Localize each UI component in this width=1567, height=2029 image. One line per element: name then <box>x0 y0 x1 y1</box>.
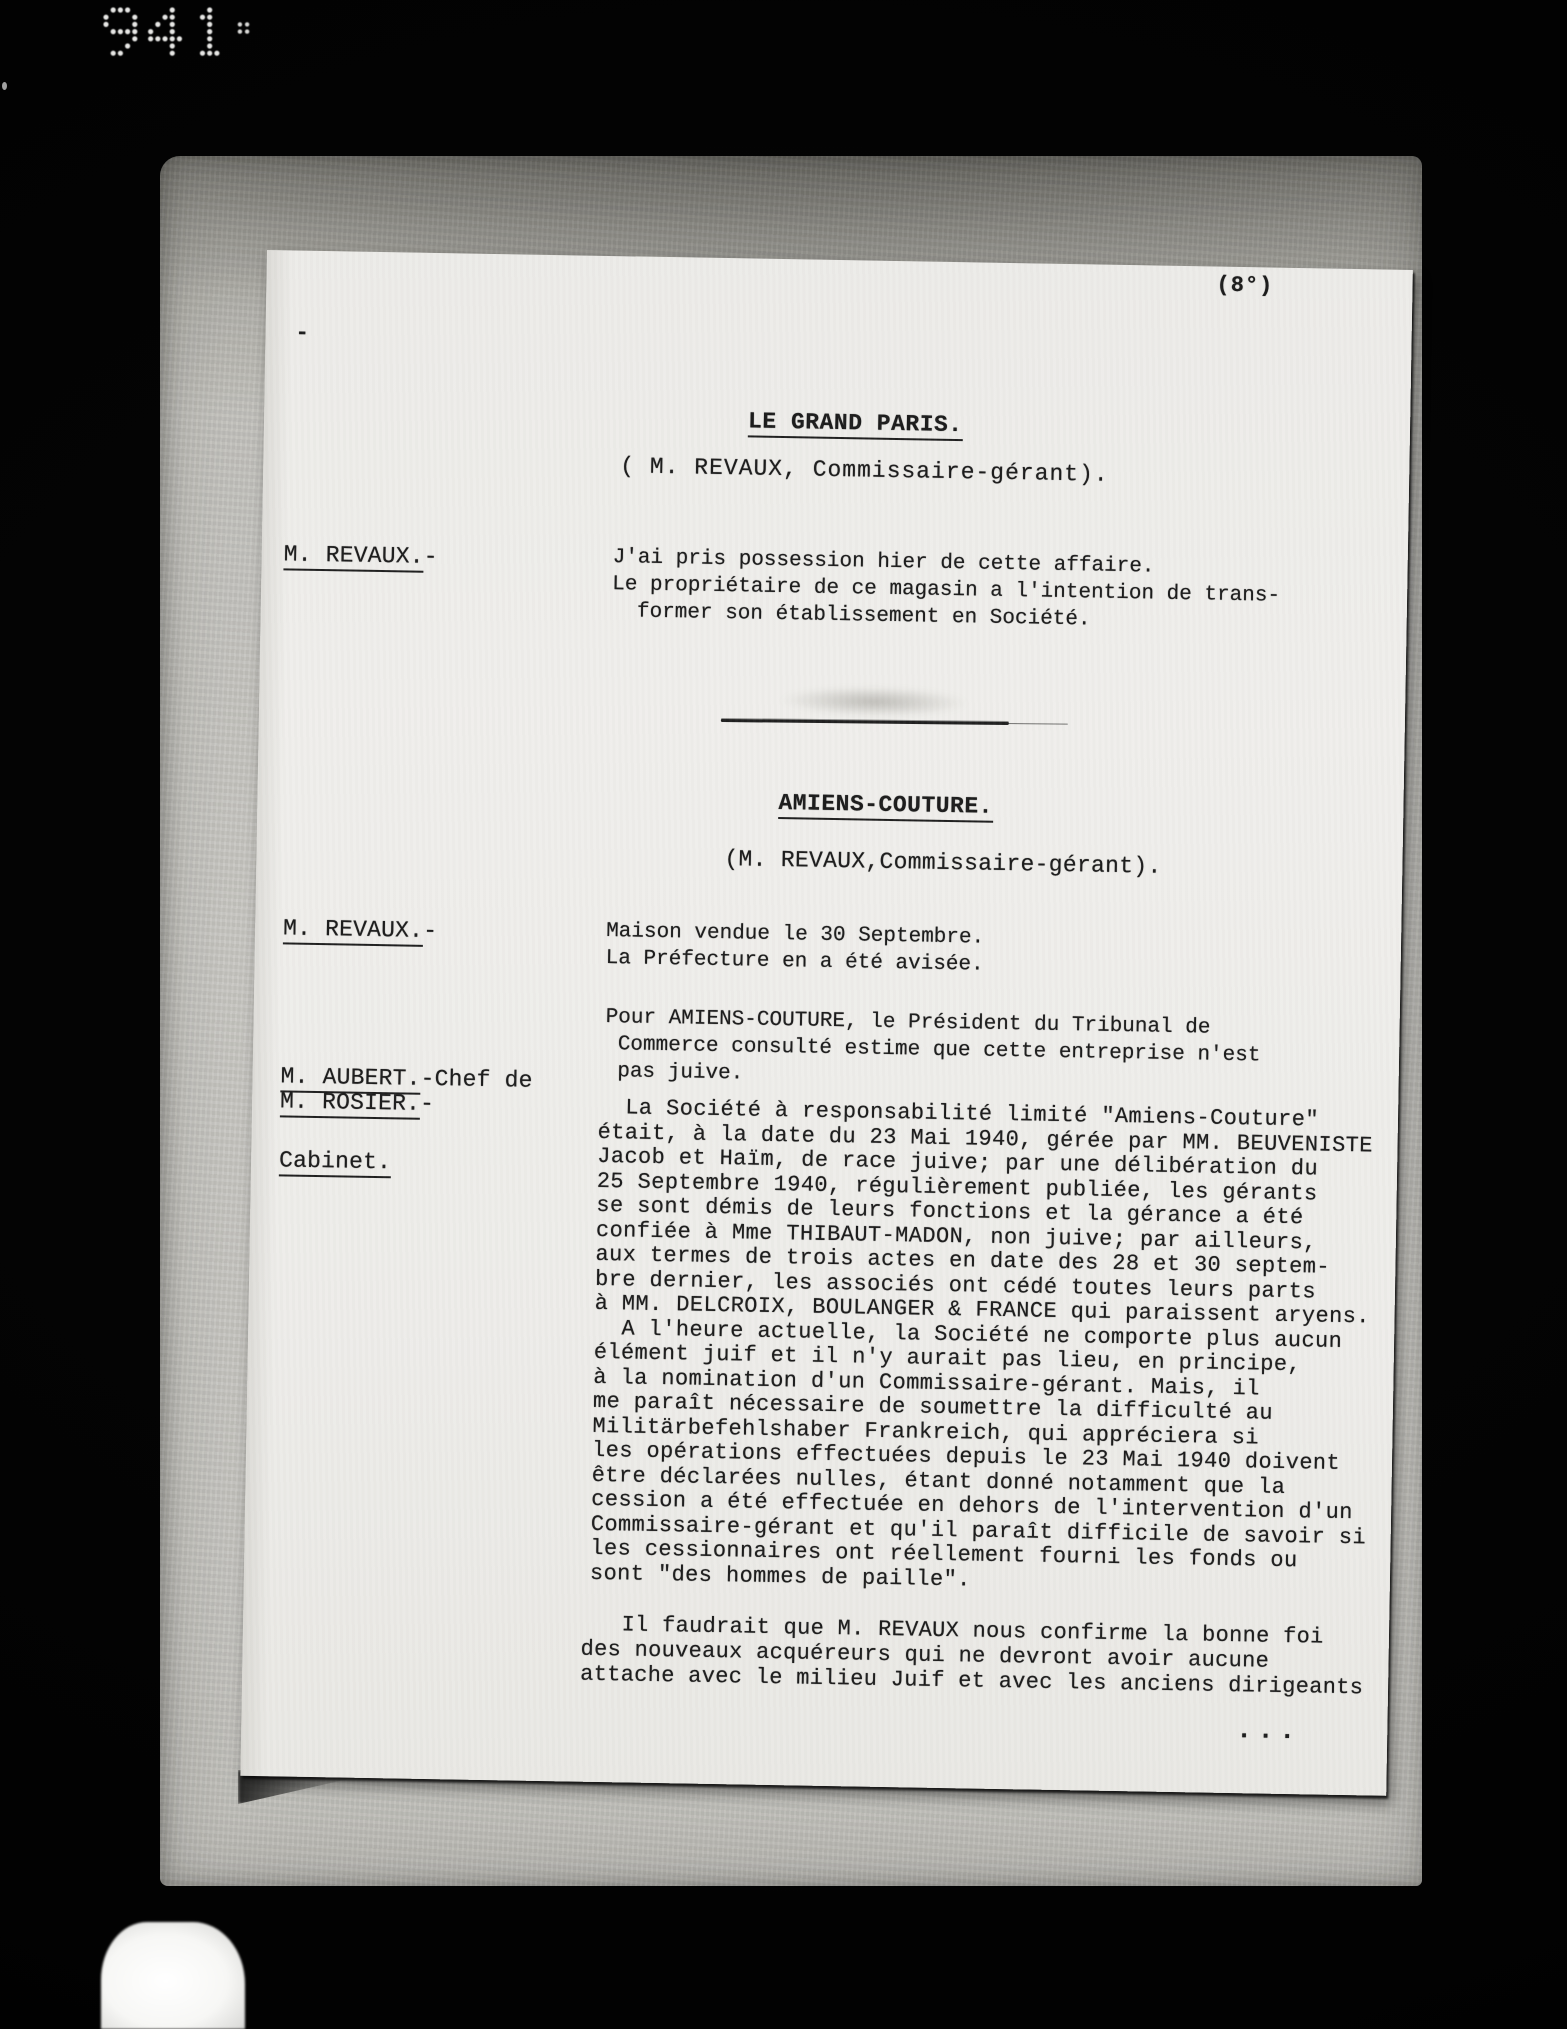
paragraph: Il faudrait que M. REVAUX nous confirme … <box>580 1612 1364 1701</box>
ink-smudge <box>779 685 969 718</box>
section-divider-line <box>721 719 1009 725</box>
speaker-name: M. ROSIER. <box>280 1088 421 1119</box>
document-page: (8°) - LE GRAND PARIS. ( M. REVAUX, Comm… <box>240 250 1412 1796</box>
speaker-name: M. REVAUX. <box>283 915 424 946</box>
folio-number: (8°) <box>1216 273 1273 299</box>
stray-pen-mark: - <box>295 321 309 346</box>
foreground-object <box>101 1922 245 2029</box>
section-title-text: AMIENS-COUTURE. <box>778 790 993 823</box>
text-line: La Préfecture en a été avisée. <box>605 945 983 979</box>
section-title-text: LE GRAND PARIS. <box>748 408 963 441</box>
section-title: LE GRAND PARIS. <box>748 408 963 438</box>
speaker-suffix: - <box>423 918 437 944</box>
dot-matrix-number <box>98 4 288 68</box>
speaker-label: M. REVAUX.- <box>283 915 437 944</box>
paragraph: J'ai pris possession hier de cette affai… <box>612 544 1281 637</box>
speaker-suffix: - <box>420 1091 434 1117</box>
speaker-label: M. REVAUX.- <box>283 541 437 570</box>
speaker-line-2: Cabinet. <box>279 1146 532 1178</box>
scanned-document-scene: (8°) - LE GRAND PARIS. ( M. REVAUX, Comm… <box>0 0 1567 2029</box>
speaker-label: M. AUBERT.-Chef de Cabinet. <box>278 1006 534 1234</box>
continuation-ellipsis: ... <box>1236 1715 1301 1746</box>
section-subtitle: ( M. REVAUX, Commissaire-gérant). <box>620 453 1109 488</box>
section-title: AMIENS-COUTURE. <box>778 790 993 820</box>
film-speck <box>2 82 7 90</box>
section-subtitle: (M. REVAUX,Commissaire-gérant). <box>724 846 1162 880</box>
paragraph: Maison vendue le 30 Septembre.La Préfect… <box>605 918 984 979</box>
paragraph: La Société à responsabilité limité "Amie… <box>590 1096 1374 1599</box>
speaker-suffix: -Chef de <box>420 1066 532 1094</box>
speaker-label: M. ROSIER.- <box>280 1088 434 1117</box>
speaker-name: M. REVAUX. <box>283 541 424 572</box>
speaker-suffix: - <box>423 544 437 570</box>
paragraph: Pour AMIENS-COUTURE, le Président du Tri… <box>604 1004 1261 1096</box>
